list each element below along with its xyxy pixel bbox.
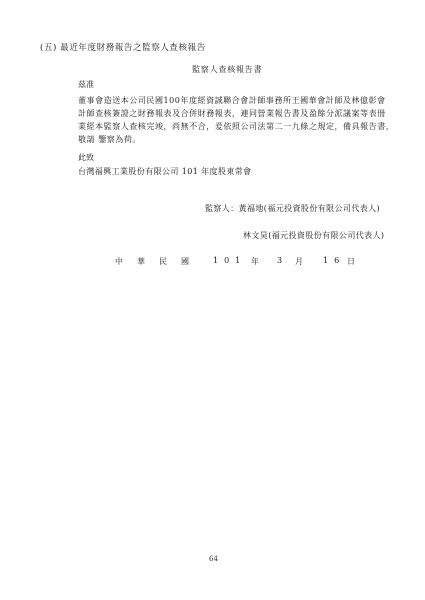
date-year: 101 xyxy=(213,256,251,267)
body-line: 業經本監察人查核完竣，尚無不合，爰依照公司法第二一九條之規定，備具報告書， xyxy=(78,120,413,133)
date-month: 3 xyxy=(277,256,295,267)
document-page: (五) 最近年度財務報告之監察人查核報告 監察人查核報告書 茲准 董事會造送本公… xyxy=(0,0,425,600)
date-era-char: 中 xyxy=(115,256,137,267)
signer-1: 監察人：黃福地(福元投資股份有限公司代表人) xyxy=(205,203,380,214)
signer-2: 林文昊(福元投資股份有限公司代表人) xyxy=(243,230,384,241)
date-era-char: 國 xyxy=(181,256,213,267)
date-year-unit: 年 xyxy=(251,256,277,267)
date-month-unit: 月 xyxy=(295,256,323,267)
date-day: 16 xyxy=(323,256,347,267)
addressee: 台灣福興工業股份有限公司 101 年度股東常會 xyxy=(78,166,252,177)
salutation: 茲准 xyxy=(78,79,94,90)
body-line: 計師查核簽證之財務報表及合併財務報表，連同營業報告書及盈餘分派議案等表冊 xyxy=(78,107,413,120)
date-day-unit: 日 xyxy=(347,256,361,267)
date-line: 中 華 民 國 101 年 3 月 16 日 xyxy=(115,256,361,267)
report-body: 董事會造送本公司民國100年度經資誠聯合會計師事務所王國華會計師及林億彰會 計師… xyxy=(78,94,413,146)
section-heading: (五) 最近年度財務報告之監察人查核報告 xyxy=(40,41,206,53)
date-era-char: 民 xyxy=(159,256,181,267)
closing: 此致 xyxy=(78,152,94,163)
body-line: 董事會造送本公司民國100年度經資誠聯合會計師事務所王國華會計師及林億彰會 xyxy=(78,94,413,107)
page-number: 64 xyxy=(209,555,218,563)
report-title: 監察人查核報告書 xyxy=(192,64,262,75)
date-era-char: 華 xyxy=(137,256,159,267)
body-line: 敬請 鑒察為荷。 xyxy=(78,133,413,146)
